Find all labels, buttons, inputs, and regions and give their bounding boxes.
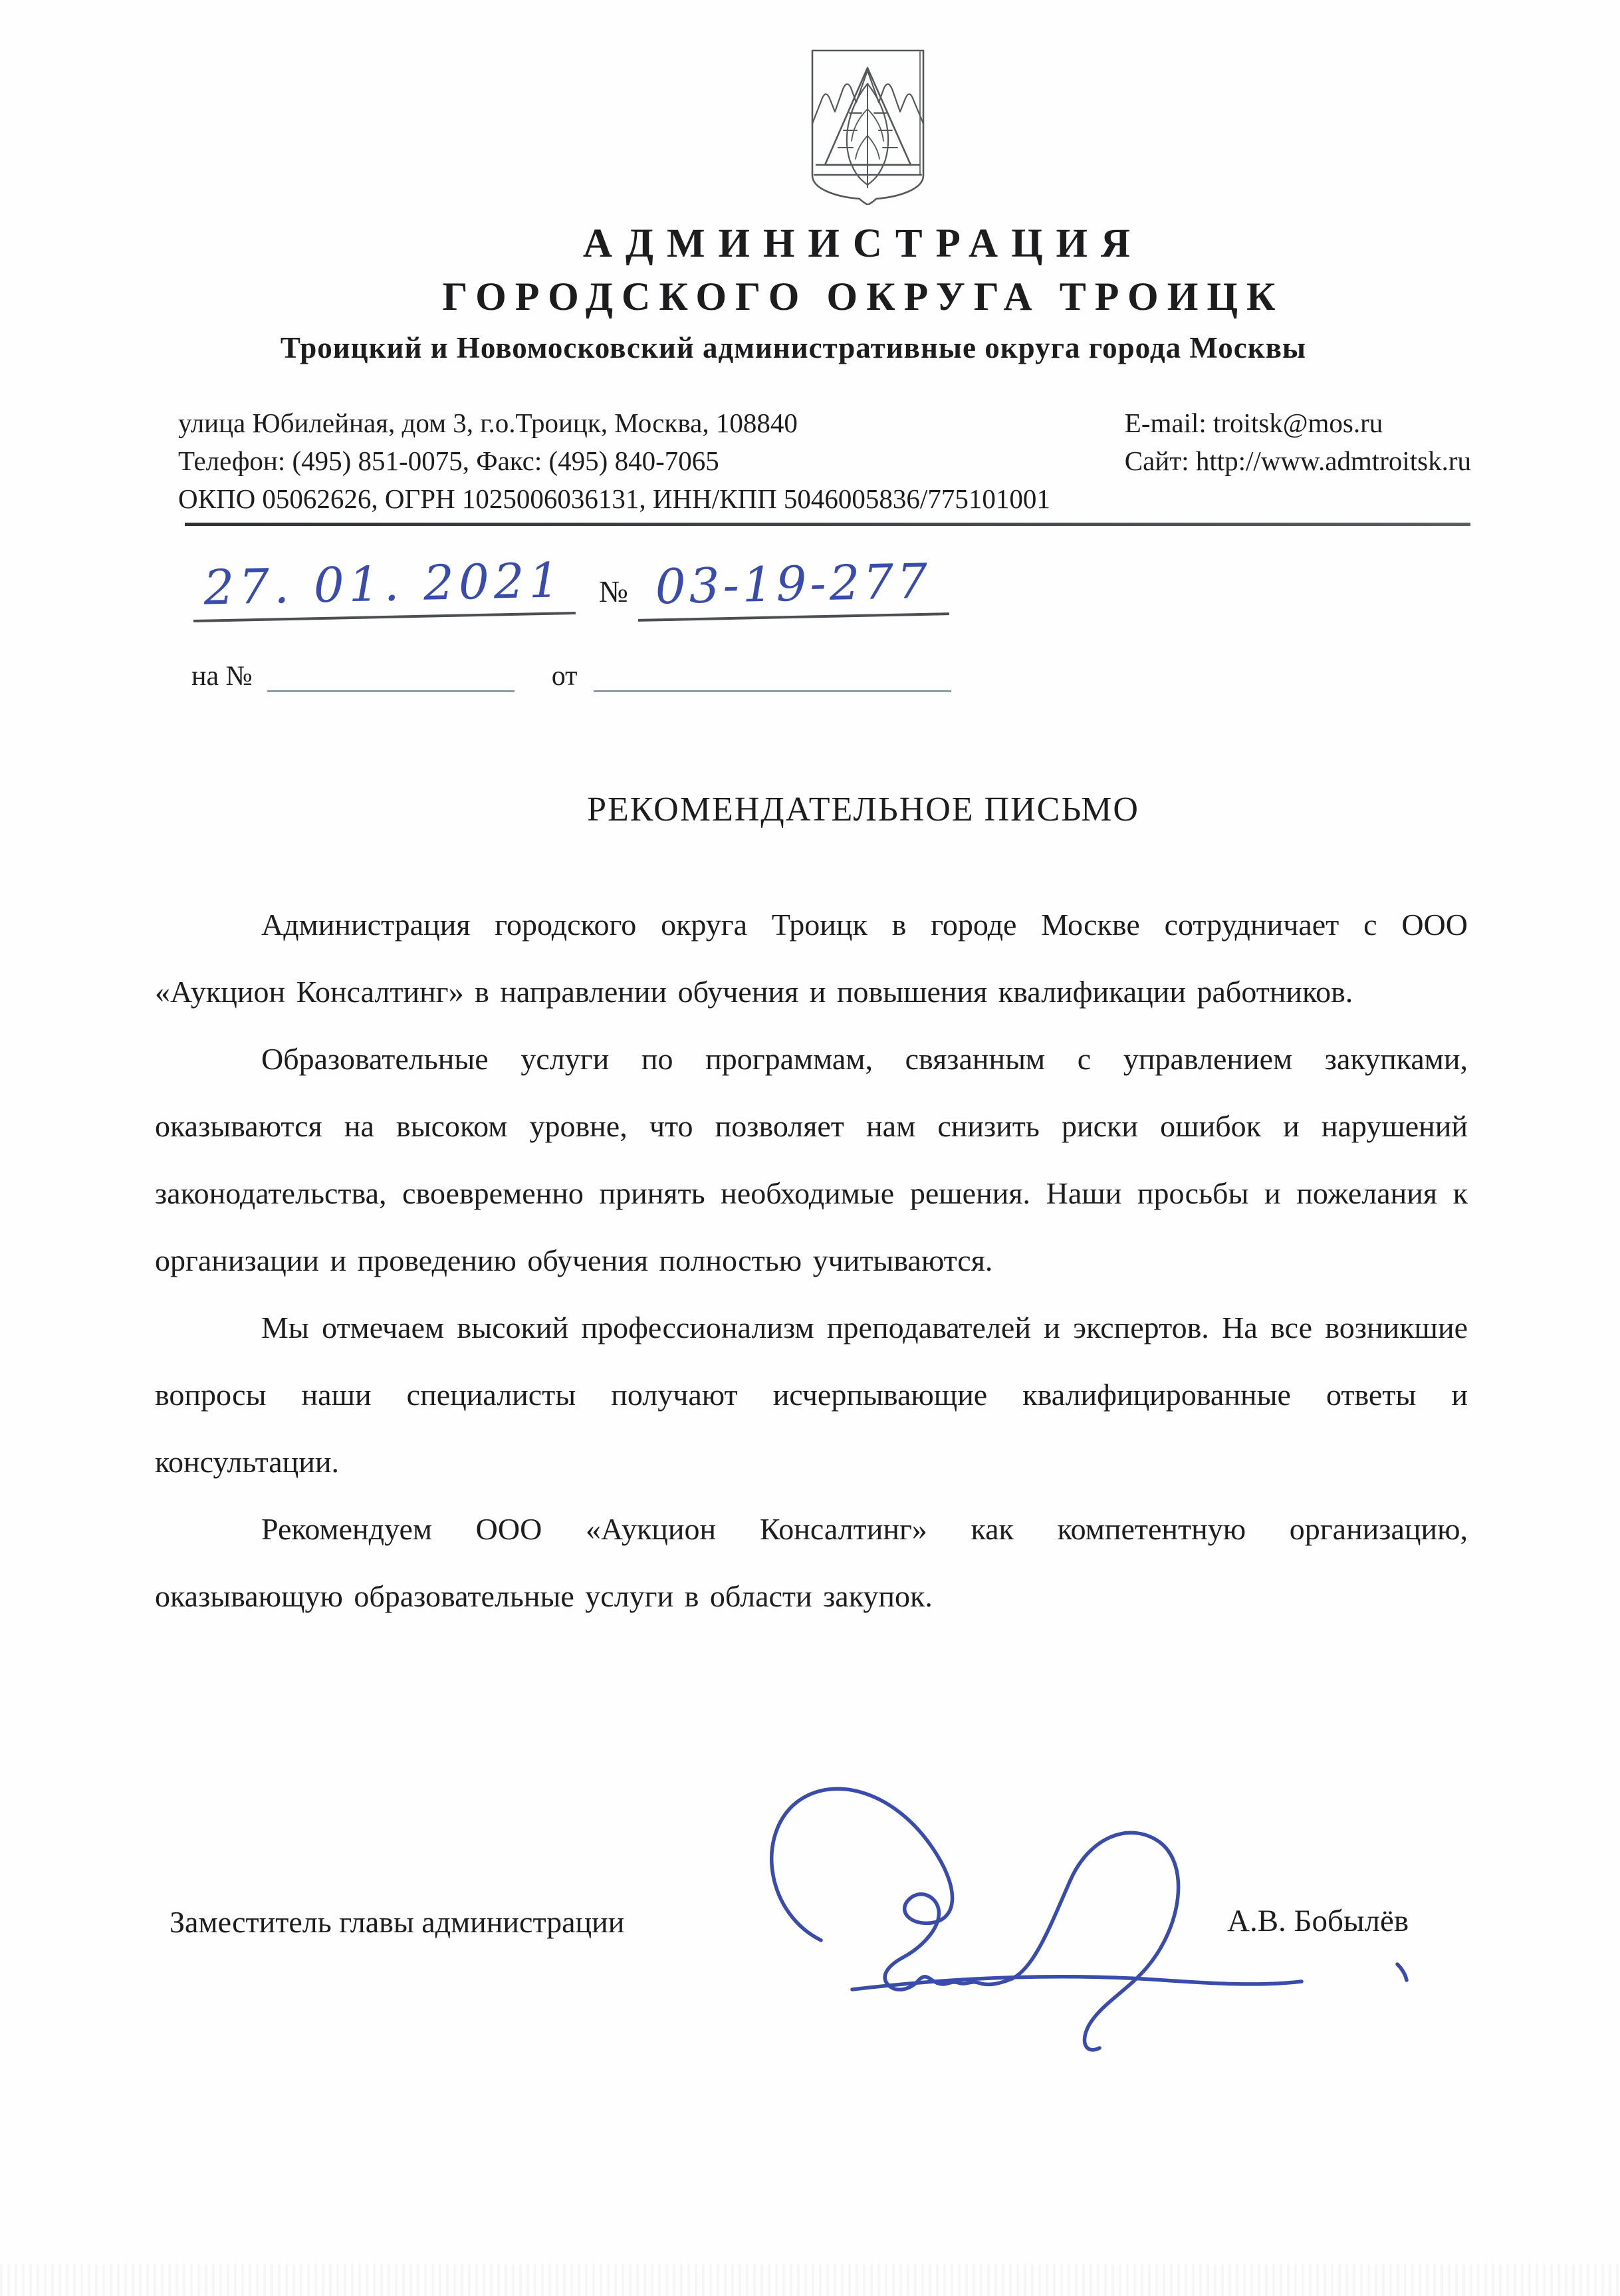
reply-date-blank bbox=[594, 653, 951, 692]
org-subtitle: Троицкий и Новомосковский административн… bbox=[47, 330, 1540, 365]
reply-number-blank bbox=[267, 653, 515, 692]
reference-row: 27. 01. 2021 № 03-19-277 bbox=[193, 556, 949, 618]
paragraph: Мы отмечаем высокий профессионализм преп… bbox=[155, 1294, 1468, 1495]
contact-block: улица Юбилейная, дом 3, г.о.Троицк, Моск… bbox=[178, 404, 1471, 518]
scanned-letter-page: АДМИНИСТРАЦИЯ ГОРОДСКОГО ОКРУГА ТРОИЦК Т… bbox=[0, 0, 1620, 2296]
address-line: улица Юбилейная, дом 3, г.о.Троицк, Моск… bbox=[178, 404, 1050, 442]
paragraph: Образовательные услуги по программам, св… bbox=[155, 1025, 1468, 1294]
reply-from-label: от bbox=[552, 660, 578, 692]
codes-line: ОКПО 05062626, ОГРН 1025006036131, ИНН/К… bbox=[178, 480, 1050, 518]
signer-name: А.В. Бобылёв bbox=[1227, 1903, 1409, 1939]
org-name-line1: АДМИНИСТРАЦИЯ bbox=[126, 221, 1600, 267]
handwritten-number: 03-19-277 bbox=[637, 553, 949, 622]
paragraph: Администрация городского округа Троицк в… bbox=[155, 891, 1468, 1025]
phone-fax-line: Телефон: (495) 851-0075, Факс: (495) 840… bbox=[178, 442, 1050, 480]
scan-noise-artifact bbox=[0, 2264, 1620, 2296]
org-name-line2: ГОРОДСКОГО ОКРУГА ТРОИЦК bbox=[126, 274, 1600, 320]
coat-of-arms-icon bbox=[810, 48, 926, 205]
contact-left-column: улица Юбилейная, дом 3, г.о.Троицк, Моск… bbox=[178, 404, 1050, 518]
letter-body: Администрация городского округа Троицк в… bbox=[155, 891, 1468, 1630]
email-line: E-mail: troitsk@mos.ru bbox=[1125, 404, 1471, 442]
reply-reference-row: на № от bbox=[191, 653, 951, 692]
site-line: Сайт: http://www.admtroitsk.ru bbox=[1125, 442, 1471, 480]
letter-title: РЕКОМЕНДАТЕЛЬНОЕ ПИСЬМО bbox=[126, 790, 1600, 829]
signer-position-title: Заместитель главы администрации bbox=[170, 1904, 624, 1940]
letterhead-separator bbox=[185, 523, 1470, 526]
reply-to-label: на № bbox=[191, 660, 253, 692]
handwritten-date: 27. 01. 2021 bbox=[192, 552, 576, 622]
paragraph: Рекомендуем ООО «Аукцион Консалтинг» как… bbox=[155, 1495, 1468, 1630]
number-sign: № bbox=[599, 574, 628, 609]
contact-right-column: E-mail: troitsk@mos.ru Сайт: http://www.… bbox=[1125, 404, 1471, 518]
